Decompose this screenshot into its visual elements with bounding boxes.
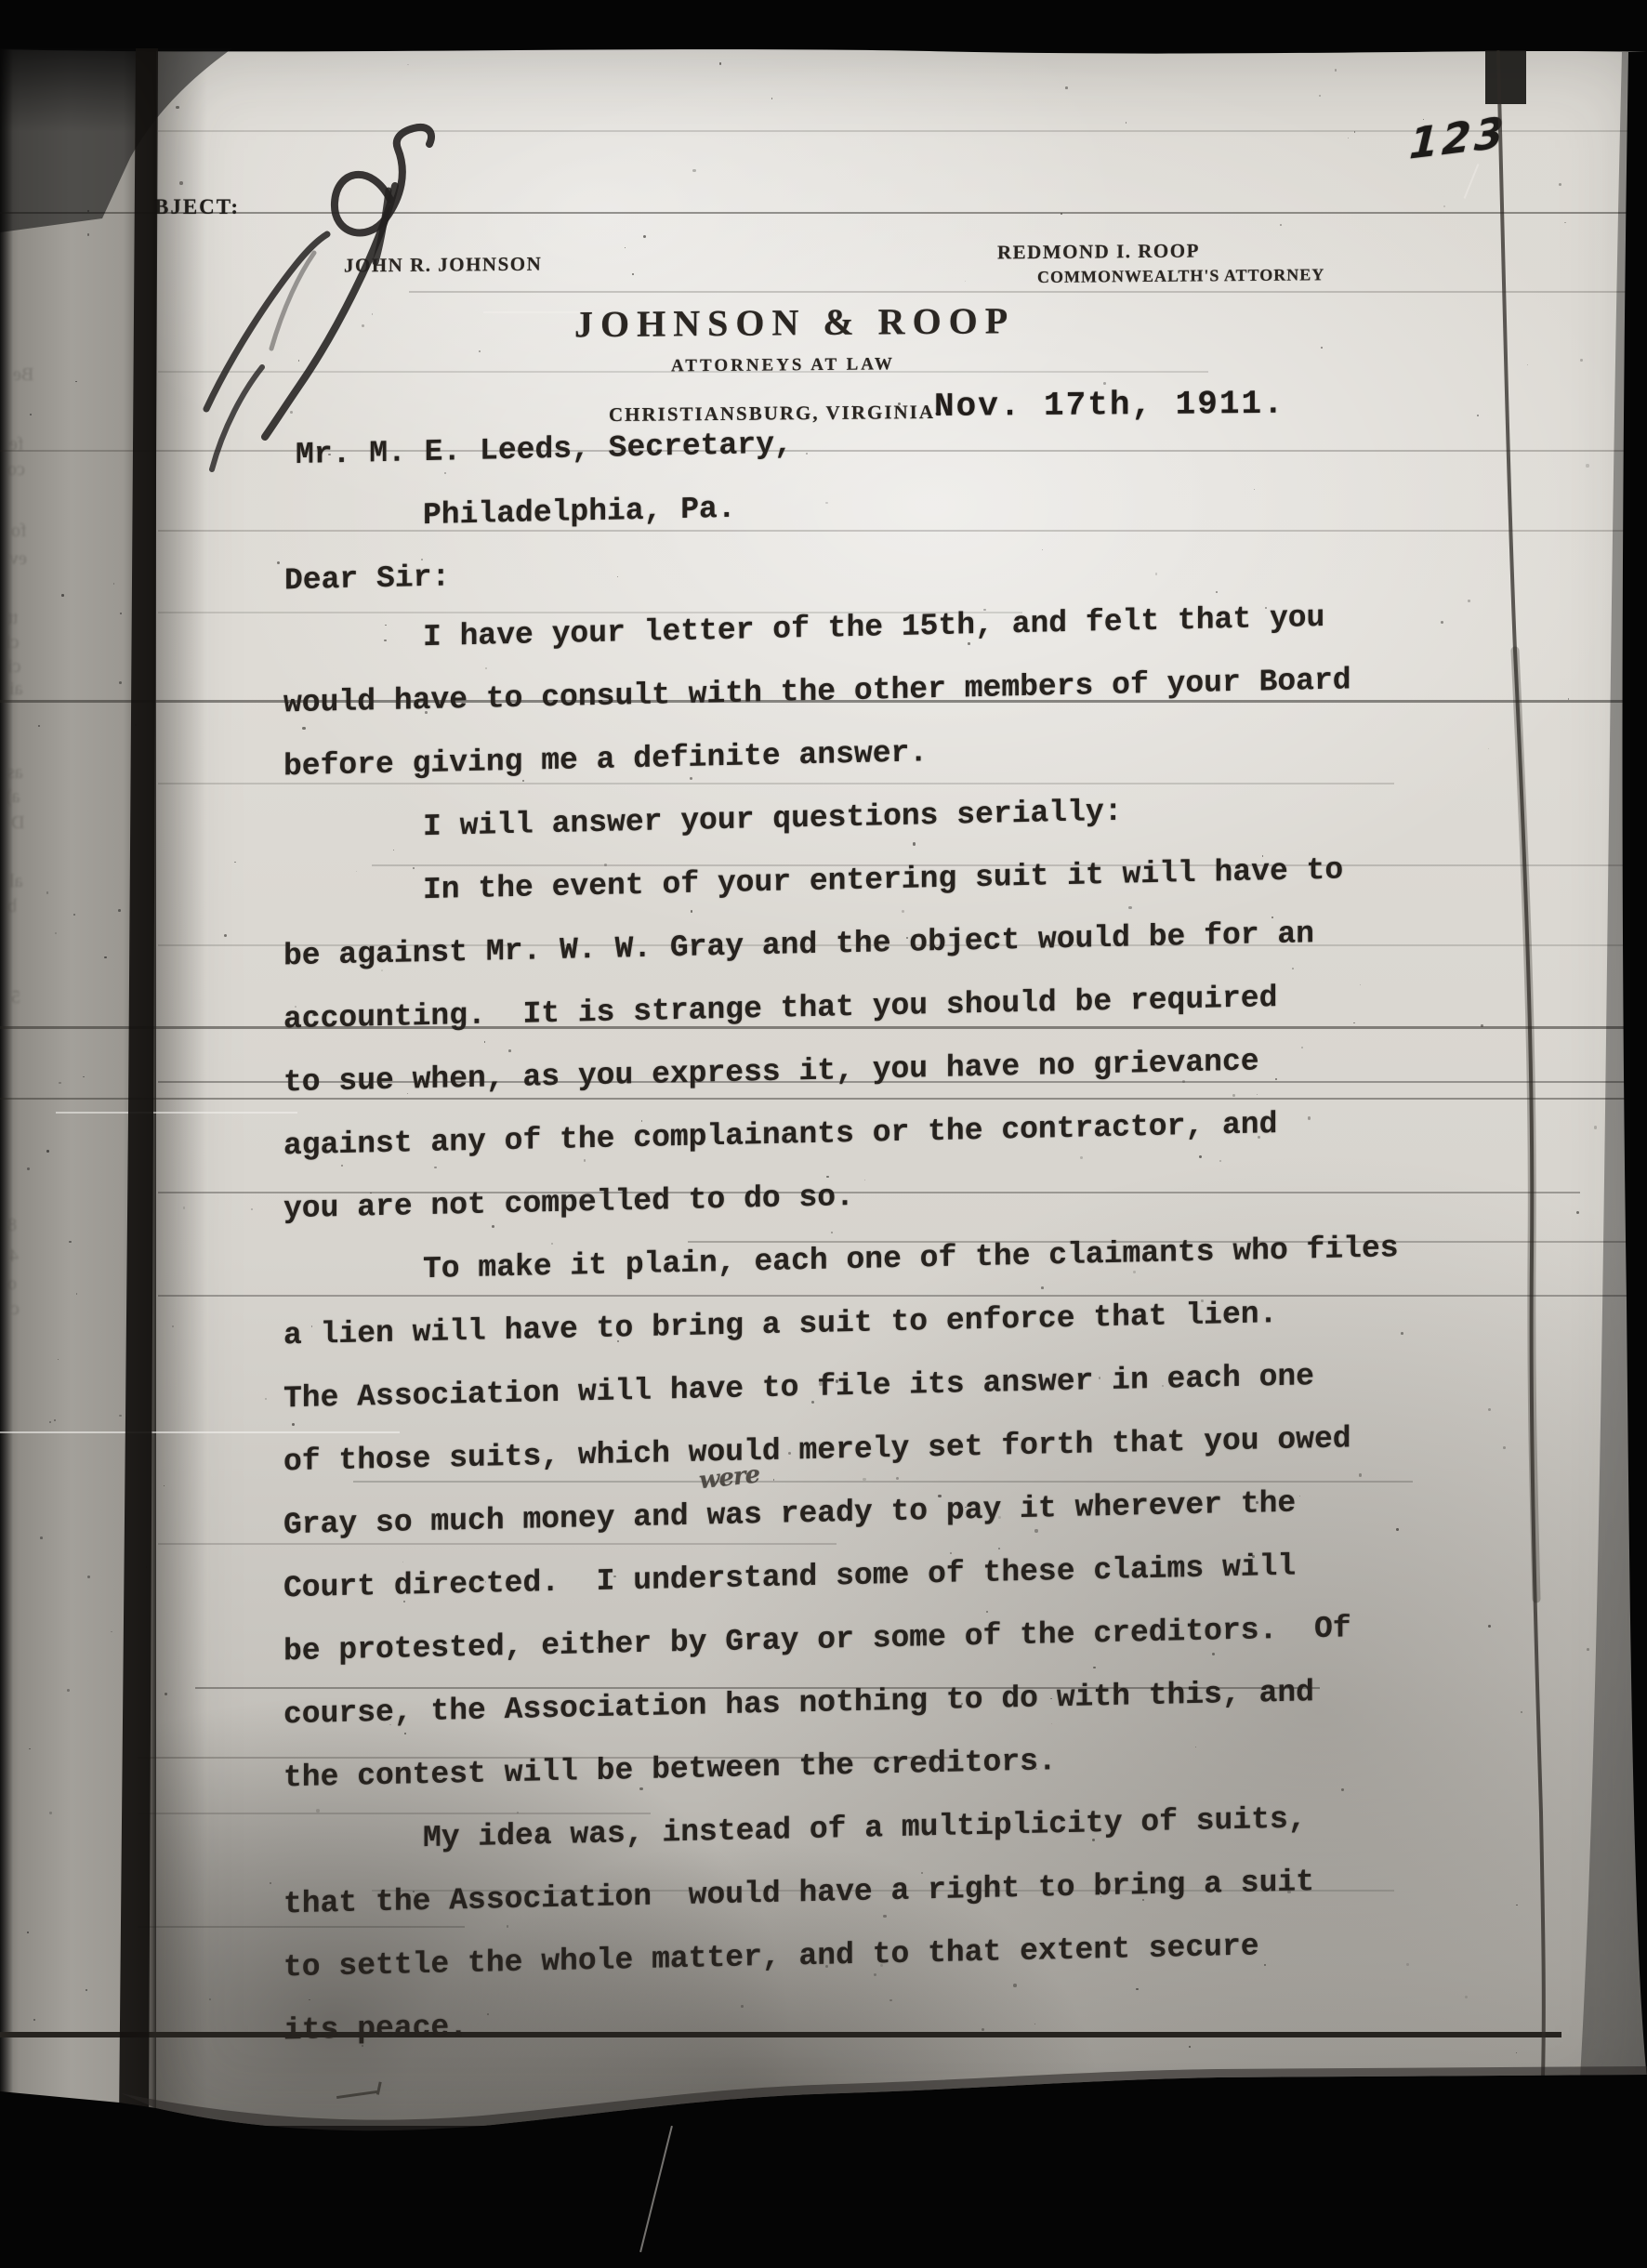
- letter-body: I have your letter of the 15th, and felt…: [283, 585, 1399, 2063]
- recipient-line: Mr. M. E. Leeds, Secretary,: [296, 427, 793, 472]
- scanned-letter-page: Befecofoevttciciaiasa)Dalb584oc BJECT: 1…: [0, 0, 1647, 2268]
- typed-letter: Mr. M. E. Leeds, Secretary, Philadelphia…: [0, 0, 1647, 2268]
- salutation: Dear Sir:: [284, 560, 450, 598]
- recipient-line: Philadelphia, Pa.: [423, 492, 736, 533]
